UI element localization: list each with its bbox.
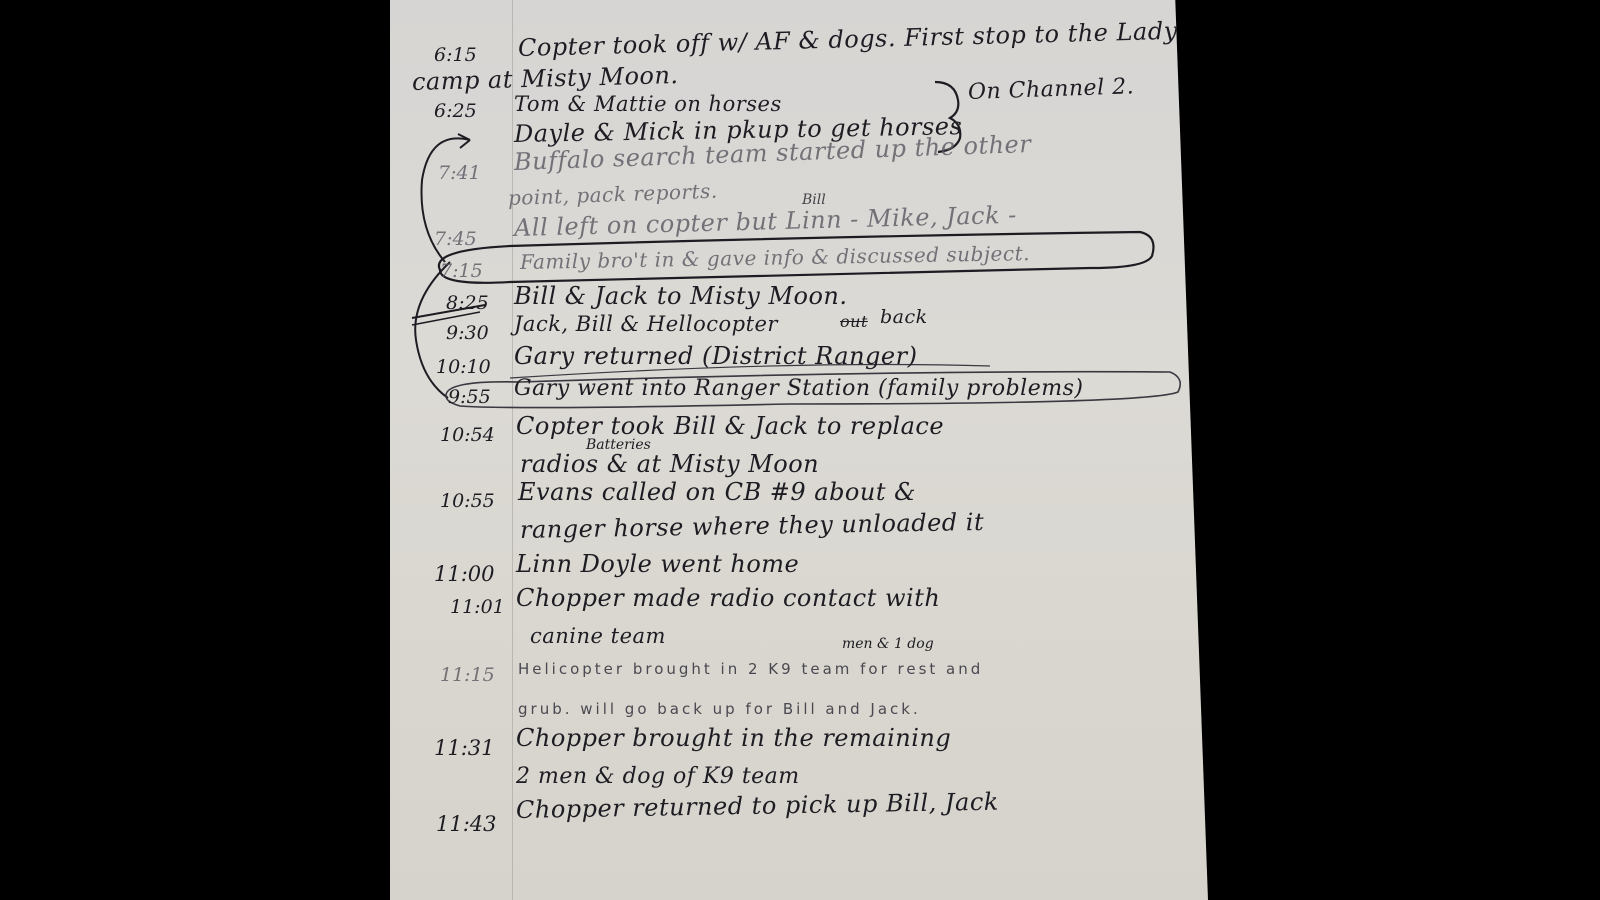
side-note: On Channel 2. [968,74,1135,105]
entry-time: 11:15 [440,664,495,686]
struck-word: out [840,312,868,331]
margin-line [512,0,513,900]
entry-time: 11:31 [434,736,495,760]
entry-text: Family bro't in & gave info & discussed … [520,241,1030,274]
entry-text: Evans called on CB #9 about & [518,478,916,506]
entry-text: Chopper returned to pick up Bill, Jack [516,788,999,824]
entry-time: 7:41 [438,162,481,184]
entry-continuation: 2 men & dog of K9 team [516,764,800,789]
entry-text: Bill & Jack to Misty Moon. [514,282,848,310]
entry-time: 10:54 [440,424,495,446]
entry-text: Jack, Bill & Hellocopter [514,312,778,336]
entry-time: 10:55 [440,490,495,512]
entry-time: 6:25 [434,100,477,122]
entry-text: Tom & Mattie on horses [514,92,782,116]
entry-text: Helicopter brought in 2 K9 team for rest… [518,660,983,678]
entry-text: Chopper made radio contact with [516,584,940,612]
entry-time: 11:00 [434,562,495,586]
entry-continuation: camp at Misty Moon. [412,61,679,96]
handwritten-log-page: 6:15 Copter took off w/ AF & dogs. First… [390,0,1208,900]
entry-text: Chopper brought in the remaining [516,724,951,752]
entry-tail: back [880,306,928,328]
entry-continuation: radios & at Misty Moon [520,450,819,478]
entry-time: 7:15 [440,260,483,282]
entry-text: Gary returned (District Ranger) [514,342,917,370]
entry-time: 9:55 [448,386,491,408]
entry-text: Gary went into Ranger Station (family pr… [514,376,1083,401]
entry-continuation: grub. will go back up for Bill and Jack. [518,700,921,718]
entry-insert: men & 1 dog [842,636,934,652]
entry-time: 8:25 [446,292,489,314]
entry-text: Copter took off w/ AF & dogs. First stop… [518,16,1198,62]
entry-time: 10:10 [436,356,491,378]
entry-time: 6:15 [434,44,477,66]
entry-time: 11:01 [450,596,505,618]
entry-text: Linn Doyle went home [516,550,799,578]
entry-time: 11:43 [436,812,497,836]
entry-continuation: canine team [530,624,666,648]
entry-continuation: point, pack reports. [508,179,718,210]
entry-time: 9:30 [446,322,489,344]
entry-time: 7:45 [434,228,477,250]
entry-text: Copter took Bill & Jack to replace [516,412,944,440]
entry-continuation: ranger horse where they unloaded it [520,508,985,544]
